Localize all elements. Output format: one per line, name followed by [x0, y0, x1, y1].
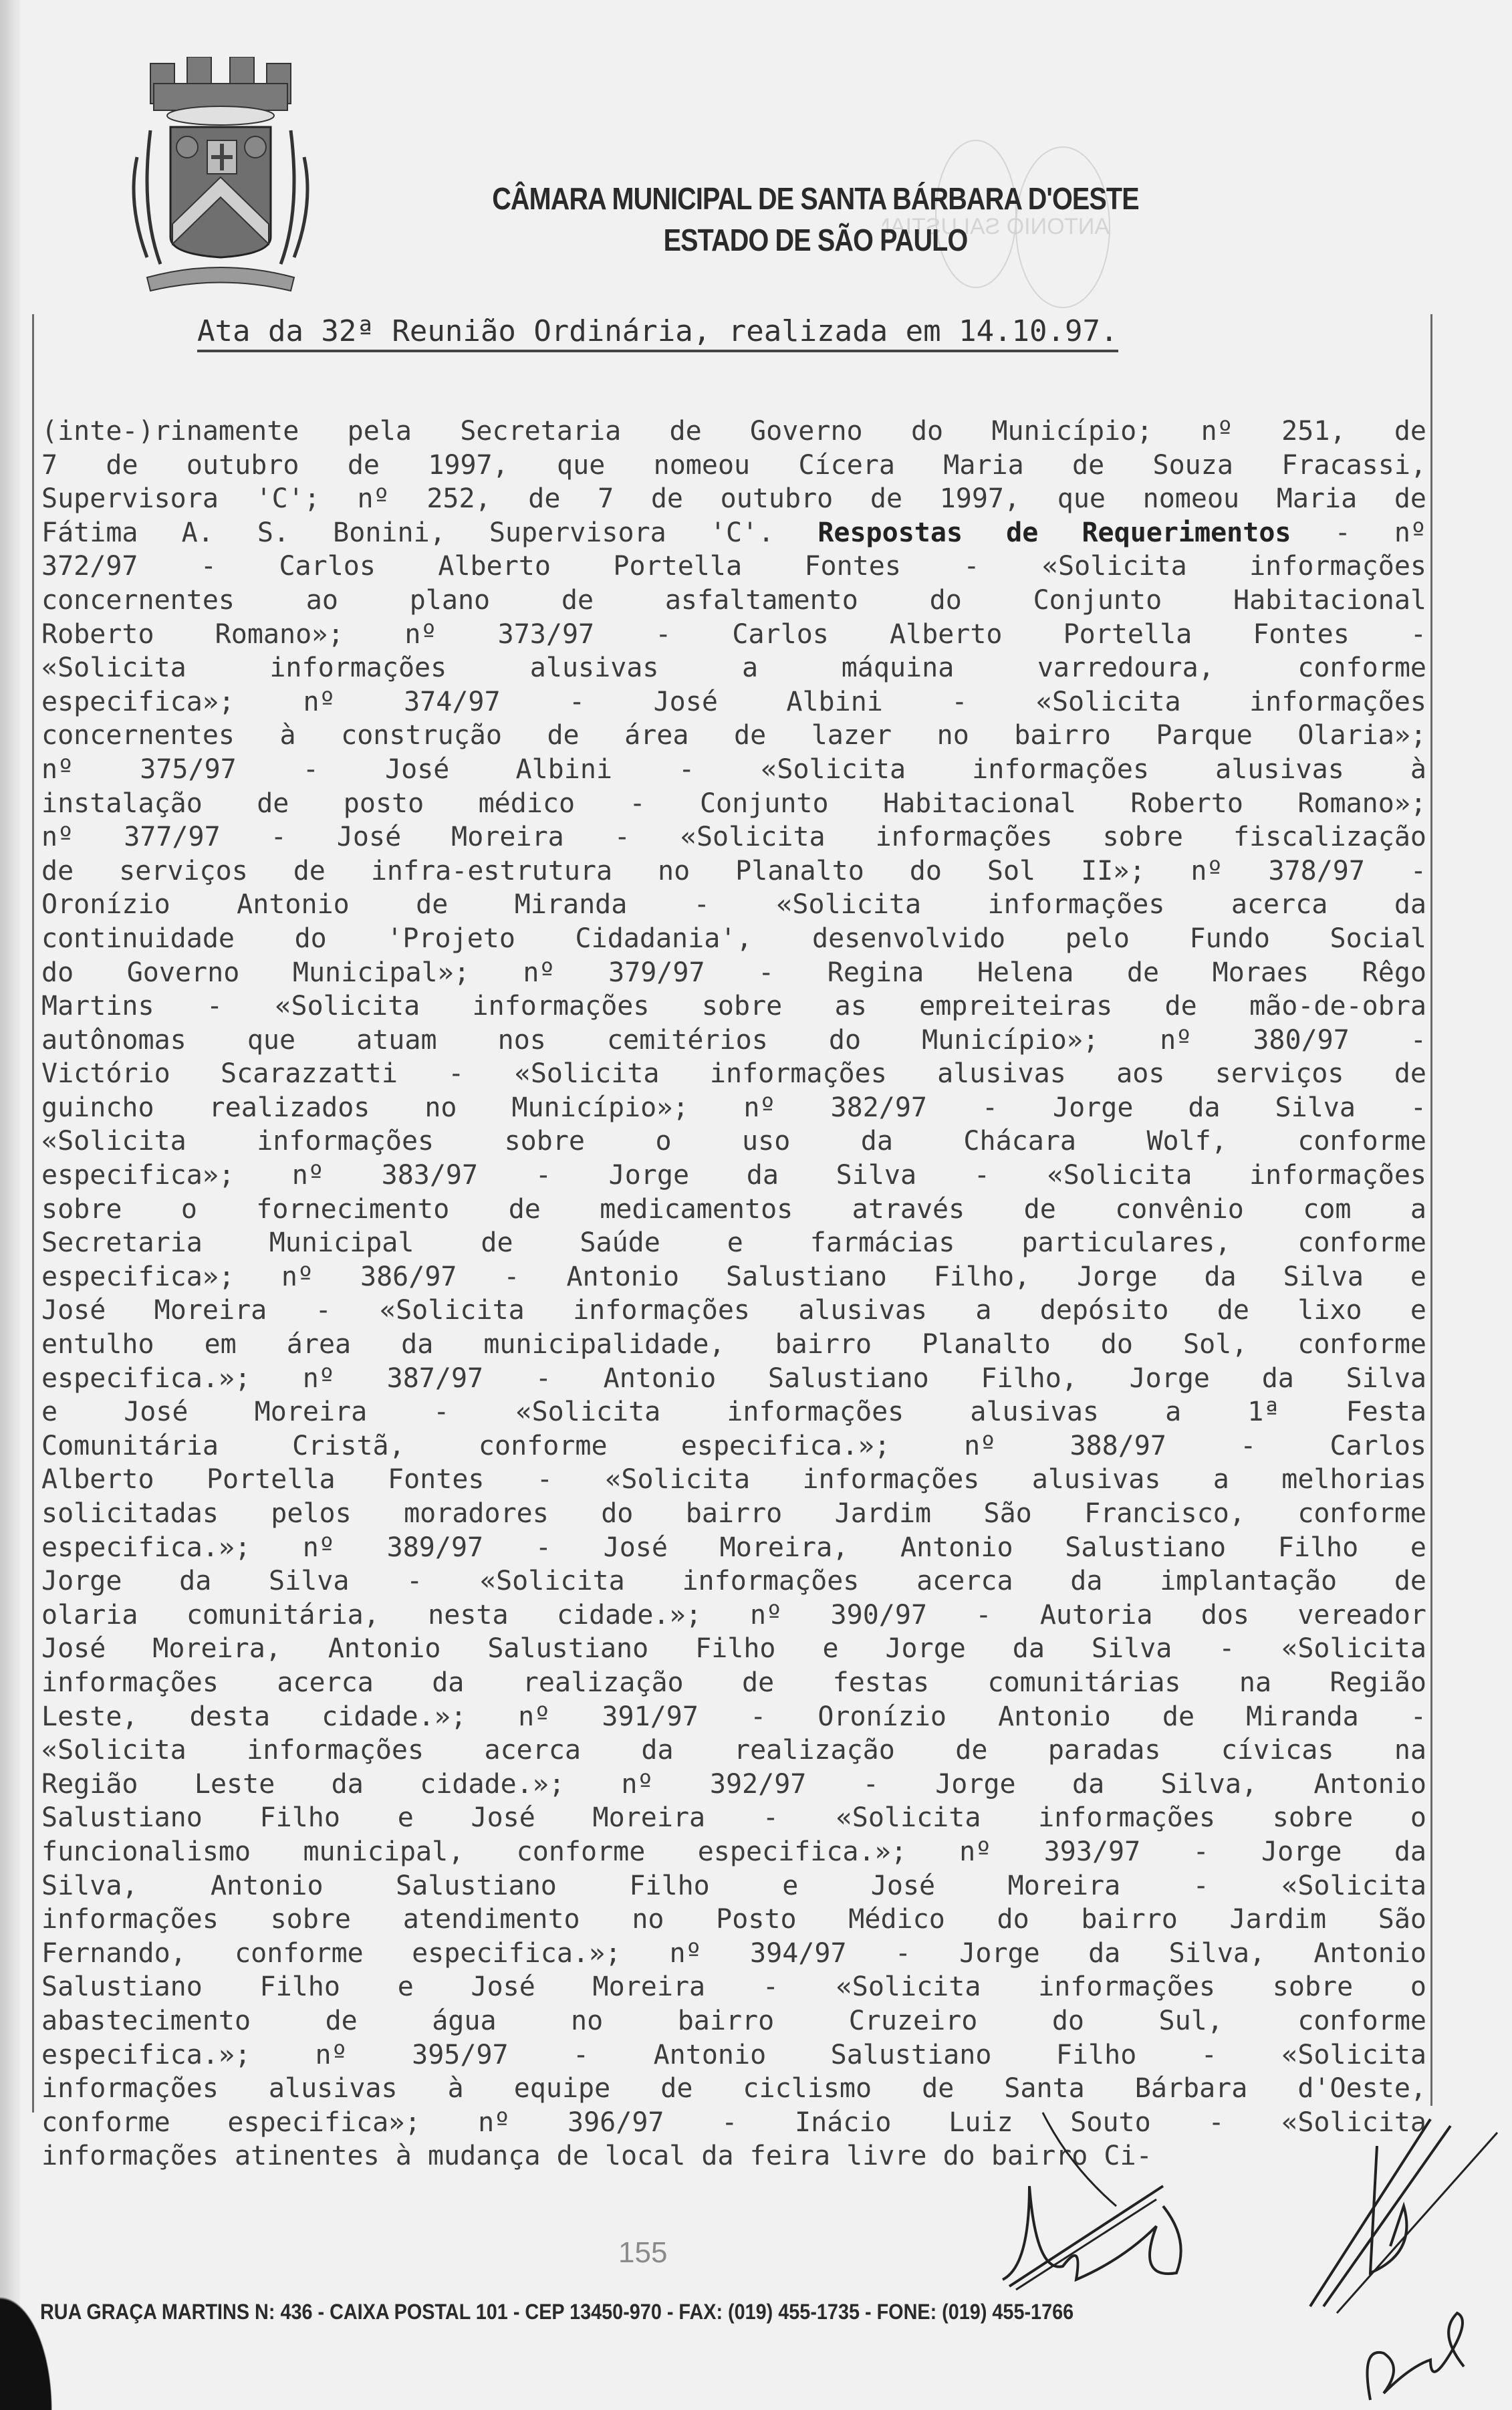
text-line: 7 de outubro de 1997, que nomeou Cícera … — [41, 449, 1426, 483]
text-line: 372/97 - Carlos Alberto Portella Fontes … — [41, 550, 1426, 584]
text-line: Silva, Antonio Salustiano Filho e José M… — [41, 1869, 1426, 1903]
text-line: informações sobre atendimento no Posto M… — [41, 1903, 1426, 1937]
text-line: (inte-)rinamente pela Secretaria de Gove… — [41, 414, 1426, 449]
text-line: Fátima A. S. Bonini, Supervisora 'C'. Re… — [41, 516, 1426, 550]
text-line: Região Leste da cidade.»; nº 392/97 - Jo… — [41, 1768, 1426, 1802]
text-line: especifica.»; nº 389/97 - José Moreira, … — [41, 1531, 1426, 1565]
text-line: de serviços de infra-estrutura no Planal… — [41, 854, 1426, 888]
initials-icon — [1357, 2306, 1491, 2407]
text-line: especifica»; nº 374/97 - José Albini - «… — [41, 685, 1426, 719]
text-line: «Solicita informações alusivas a máquina… — [41, 651, 1426, 685]
page-frame-left — [32, 314, 34, 2113]
text-line: Leste, desta cidade.»; nº 391/97 - Oroní… — [41, 1700, 1426, 1734]
text-line: concernentes ao plano de asfaltamento do… — [41, 584, 1426, 618]
text-line: Supervisora 'C'; nº 252, de 7 de outubro… — [41, 482, 1426, 516]
text-line: Comunitária Cristã, conforme especifica.… — [41, 1429, 1426, 1463]
text-line: Victório Scarazzatti - «Solicita informa… — [41, 1057, 1426, 1091]
text-line: solicitadas pelos moradores do bairro Ja… — [41, 1497, 1426, 1531]
text-line: guincho realizados no Município»; nº 382… — [41, 1091, 1426, 1125]
text-line: instalação de posto médico - Conjunto Ha… — [41, 787, 1426, 821]
text-line: abastecimento de água no bairro Cruzeiro… — [41, 2004, 1426, 2038]
text-line: Martins - «Solicita informações sobre as… — [41, 989, 1426, 1023]
text-line: informações acerca da realização de fest… — [41, 1666, 1426, 1700]
text-line: Salustiano Filho e José Moreira - «Solic… — [41, 1801, 1426, 1835]
text-line: especifica.»; nº 395/97 - Antonio Salust… — [41, 2038, 1426, 2072]
text-line: nº 377/97 - José Moreira - «Solicita inf… — [41, 820, 1426, 854]
text-line: especifica»; nº 383/97 - Jorge da Silva … — [41, 1159, 1426, 1193]
text-line: Secretaria Municipal de Saúde e farmácia… — [41, 1226, 1426, 1260]
section-heading: Respostas de Requerimentos — [817, 517, 1291, 548]
signature-icon — [989, 2106, 1337, 2320]
text-line: Salustiano Filho e José Moreira - «Solic… — [41, 1970, 1426, 2004]
text-line: Jorge da Silva - «Solicita informações a… — [41, 1564, 1426, 1598]
minutes-body: (inte-)rinamente pela Secretaria de Gove… — [41, 414, 1426, 2173]
minutes-title: Ata da 32ª Reunião Ordinária, realizada … — [197, 314, 1118, 352]
text-line: «Solicita informações sobre o uso da Chá… — [41, 1124, 1426, 1159]
state-name: ESTADO DE SÃO PAULO — [459, 221, 1172, 259]
text-line: autônomas que atuam nos cemitérios do Mu… — [41, 1023, 1426, 1058]
footer-address: RUA GRAÇA MARTINS N: 436 - CAIXA POSTAL … — [40, 2300, 1303, 2324]
text-line: e José Moreira - «Solicita informações a… — [41, 1395, 1426, 1429]
text-line: especifica.»; nº 387/97 - Antonio Salust… — [41, 1362, 1426, 1396]
text-line: Oronízio Antonio de Miranda - «Solicita … — [41, 888, 1426, 922]
text-line: funcionalismo municipal, conforme especi… — [41, 1835, 1426, 1869]
text-line: nº 375/97 - José Albini - «Solicita info… — [41, 753, 1426, 787]
page-edge-shadow — [0, 0, 20, 2410]
page-frame-right — [1430, 314, 1432, 2106]
text-line: olaria comunitária, nesta cidade.»; nº 3… — [41, 1598, 1426, 1633]
text-line: «Solicita informações acerca da realizaç… — [41, 1733, 1426, 1768]
text-line: José Moreira, Antonio Salustiano Filho e… — [41, 1632, 1426, 1666]
organization-name: CÂMARA MUNICIPAL DE SANTA BÁRBARA D'OEST… — [459, 179, 1172, 218]
coat-of-arms-icon — [114, 57, 328, 304]
text-line: especifica»; nº 386/97 - Antonio Salusti… — [41, 1260, 1426, 1294]
text-line: concernentes à construção de área de laz… — [41, 719, 1426, 753]
text-line: Roberto Romano»; nº 373/97 - Carlos Albe… — [41, 618, 1426, 652]
text-line: continuidade do 'Projeto Cidadania', des… — [41, 922, 1426, 956]
text-line: Alberto Portella Fontes - «Solicita info… — [41, 1463, 1426, 1497]
text-line: José Moreira - «Solicita informações alu… — [41, 1294, 1426, 1328]
text-line: sobre o fornecimento de medicamentos atr… — [41, 1193, 1426, 1227]
signature-icon — [1297, 2106, 1511, 2326]
text-line: Fernando, conforme especifica.»; nº 394/… — [41, 1937, 1426, 1971]
text-line: entulho em área da municipalidade, bairr… — [41, 1328, 1426, 1362]
text-line: do Governo Municipal»; nº 379/97 - Regin… — [41, 956, 1426, 990]
handwritten-page-number: 155 — [618, 2236, 667, 2270]
text-line: informações alusivas à equipe de ciclism… — [41, 2072, 1426, 2106]
